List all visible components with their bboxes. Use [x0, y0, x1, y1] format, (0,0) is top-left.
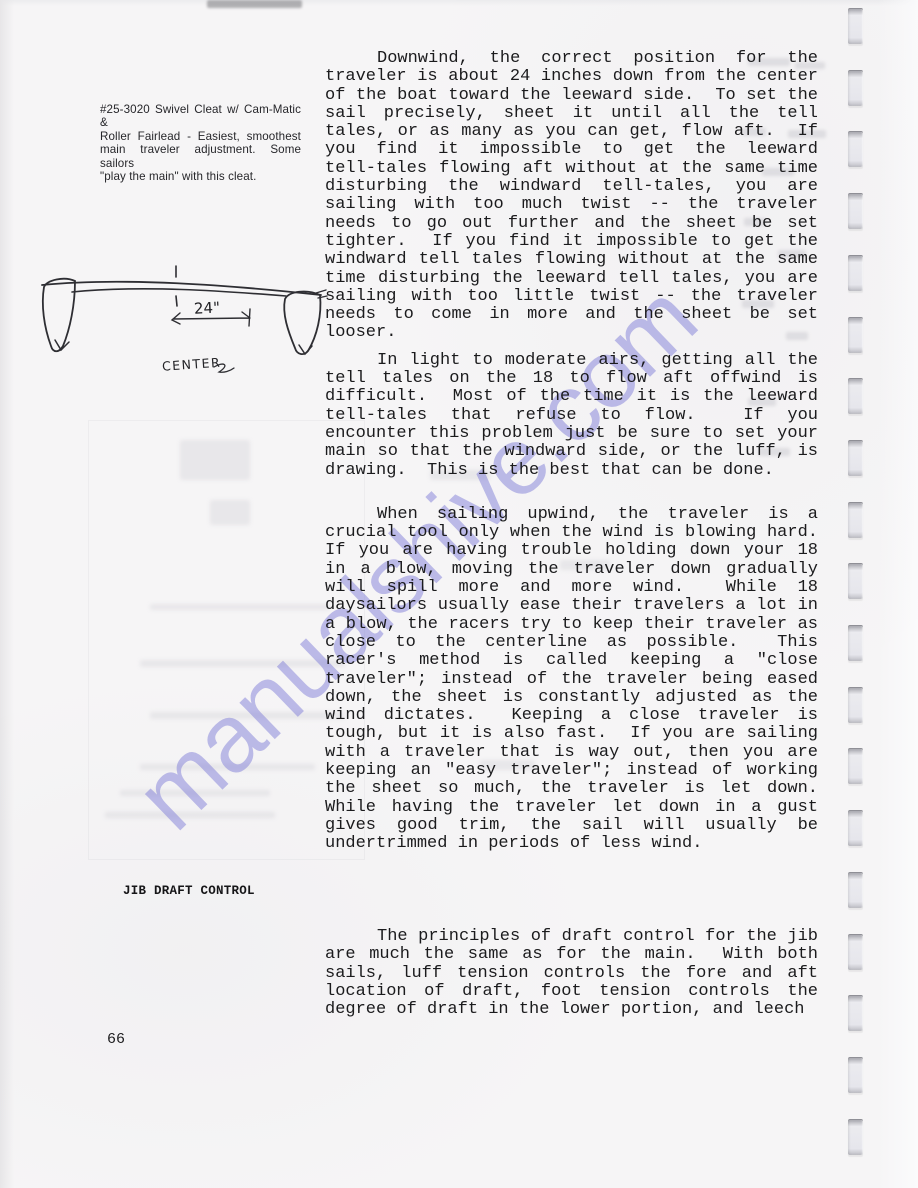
traveler-end-right [284, 292, 320, 355]
text-line: daysailors usually ease their travelers … [325, 597, 818, 615]
text-line: wind dictates. Keeping a close traveler … [325, 707, 818, 725]
text-line: tell tales on the 18 to flow aft offwind… [325, 370, 818, 388]
caption-line: main traveler adjustment. Some sailors [100, 143, 301, 170]
text-line: a blow, the racers try to keep their tra… [325, 616, 818, 634]
paragraph: When sailing upwind, the traveler is acr… [325, 506, 818, 854]
text-line: sailing with too much twist -- the trave… [325, 196, 818, 214]
traveler-end-left-arrow [55, 340, 69, 350]
traveler-end-left [43, 279, 75, 351]
text-line: are much the same as for the main. With … [325, 946, 818, 964]
text-line: Downwind, the correct position for the [325, 50, 818, 68]
text-line: tales, or as many as you can get, flow a… [325, 123, 818, 141]
traveler-track-bottom-line [72, 289, 286, 296]
text-line: drawing. This is the best that can be do… [325, 462, 818, 480]
text-line: tough, but it is also fast. If you are s… [325, 725, 818, 743]
binding-hole [848, 625, 863, 661]
centerline-tick [176, 266, 177, 306]
text-line: windward tell tales flowing without at t… [325, 251, 818, 269]
center-label: CENTER [162, 355, 222, 374]
main-text-column: Downwind, the correct position for thetr… [325, 50, 818, 853]
binding-hole [848, 995, 863, 1031]
text-line: disturbing the windward tell-tales, you … [325, 178, 818, 196]
paragraph: The principles of draft control for the … [325, 928, 818, 1019]
text-line: degree of draft in the lower portion, an… [325, 1001, 818, 1019]
text-line: traveler is about 24 inches down from th… [325, 68, 818, 86]
caption-line: "play the main" with this cleat. [100, 170, 301, 183]
text-line: tell-tales that refuse to flow. If you [325, 407, 818, 425]
text-line: The principles of draft control for the … [325, 928, 818, 946]
binding-hole [848, 872, 863, 908]
text-line: racer's method is called keeping a "clos… [325, 652, 818, 670]
text-line: sailing with too little twist -- the tra… [325, 288, 818, 306]
text-line: time disturbing the leeward tell tales, … [325, 270, 818, 288]
text-line: While having the traveler let down in a … [325, 799, 818, 817]
caption-line: #25-3020 Swivel Cleat w/ Cam-Matic & [100, 103, 301, 130]
caption-line: Roller Fairlead - Easiest, smoothest [100, 130, 301, 143]
text-line: sails, luff tension controls the fore an… [325, 965, 818, 983]
binding-hole [848, 1119, 863, 1155]
binding-hole [848, 70, 863, 106]
text-line: close to the centerline as possible. Thi… [325, 634, 818, 652]
section-heading: JIB DRAFT CONTROL [123, 884, 255, 898]
text-line: difficult. Most of the time it is the le… [325, 388, 818, 406]
text-line: If you are having trouble holding down y… [325, 542, 818, 560]
text-line: down, the sheet is constantly adjusted a… [325, 689, 818, 707]
binding-hole [848, 193, 863, 229]
paragraph: Downwind, the correct position for thetr… [325, 50, 818, 343]
jib-text-column: The principles of draft control for the … [325, 928, 818, 1019]
binding-hole [848, 317, 863, 353]
dimension-label: 24" [194, 298, 221, 317]
text-line: tell-tales flowing aft without at the sa… [325, 160, 818, 178]
text-line: the sheet so much, the traveler is let d… [325, 780, 818, 798]
traveler-track-top-line [42, 282, 321, 295]
paragraph: In light to moderate airs, getting all t… [325, 352, 818, 480]
text-line: you find it impossible to get the leewar… [325, 141, 818, 159]
text-line: with a traveler that is way out, then yo… [325, 744, 818, 762]
text-line: crucial tool only when the wind is blowi… [325, 524, 818, 542]
binding-hole [848, 687, 863, 723]
binding-hole [848, 934, 863, 970]
text-line: gives good trim, the sail will usually b… [325, 817, 818, 835]
binding-hole [848, 255, 863, 291]
binding-hole [848, 378, 863, 414]
binding-hole [848, 8, 863, 44]
text-line: main so that the windward side, or the l… [325, 443, 818, 461]
text-line: sail precisely, sheet it until all the t… [325, 105, 818, 123]
traveler-diagram: 24" CENTER [28, 253, 328, 388]
binding-hole [848, 810, 863, 846]
text-line: of the boat toward the leeward side. To … [325, 87, 818, 105]
text-line: in a blow, moving the traveler down grad… [325, 561, 818, 579]
binding-hole [848, 748, 863, 784]
text-line: location of draft, foot tension controls… [325, 983, 818, 1001]
text-line: In light to moderate airs, getting all t… [325, 352, 818, 370]
binding-hole [848, 502, 863, 538]
binding-hole [848, 563, 863, 599]
cleat-caption: #25-3020 Swivel Cleat w/ Cam-Matic &Roll… [100, 103, 301, 183]
binding-hole [848, 1057, 863, 1093]
text-line: will spill more and more wind. While 18 [325, 579, 818, 597]
text-line: traveler"; instead of the traveler being… [325, 671, 818, 689]
text-line: needs to go out further and the sheet be… [325, 215, 818, 233]
binding-hole [848, 440, 863, 476]
text-line: When sailing upwind, the traveler is a [325, 506, 818, 524]
text-line: undertrimmed in periods of less wind. [325, 835, 818, 853]
binding-hole [848, 131, 863, 167]
page-number: 66 [107, 1031, 125, 1048]
text-line: encounter this problem just be sure to s… [325, 425, 818, 443]
text-line: needs to come in more and the sheet be s… [325, 306, 818, 324]
text-line: tighter. If you find it impossible to ge… [325, 233, 818, 251]
text-line: looser. [325, 324, 818, 342]
text-line: keeping an "easy traveler"; instead of w… [325, 762, 818, 780]
